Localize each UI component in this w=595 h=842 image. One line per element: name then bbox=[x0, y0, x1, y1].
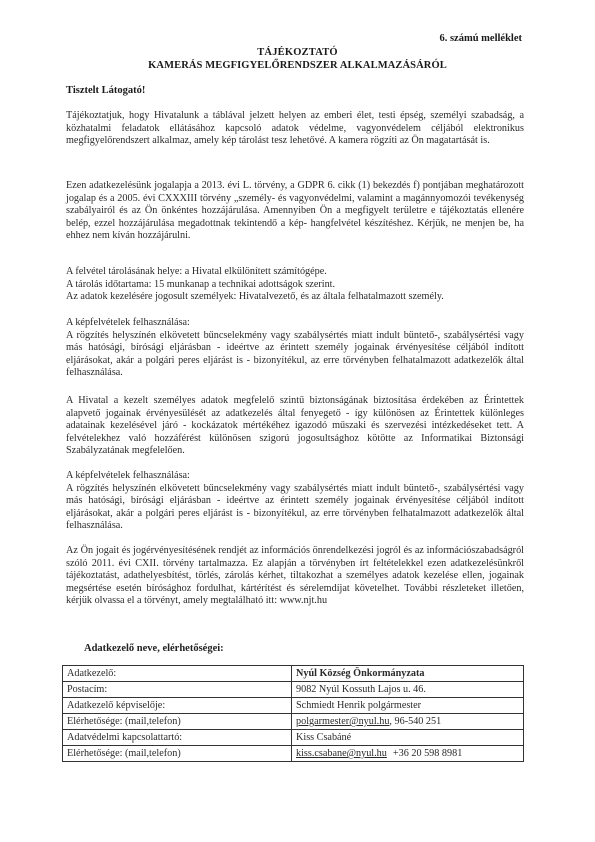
table-row: Adatvédelmi kapcsolattartó: Kiss Csabáné bbox=[63, 730, 524, 746]
document-subtitle: KAMERÁS MEGFIGYELŐRENDSZER ALKALMAZÁSÁRÓ… bbox=[0, 60, 595, 71]
row-label: Adatvédelmi kapcsolattartó: bbox=[63, 730, 292, 746]
security-text: A Hivatal a kezelt személyes adatok megf… bbox=[66, 395, 524, 458]
table-row: Elérhetősége: (mail,telefon) kiss.csaban… bbox=[63, 746, 524, 762]
table-row: Postacím: 9082 Nyúl Kossuth Lajos u. 46. bbox=[63, 682, 524, 698]
dpo-phone: +36 20 598 8981 bbox=[393, 748, 462, 759]
row-label: Postacím: bbox=[63, 682, 292, 698]
annex-label: 6. számú melléklet bbox=[439, 33, 522, 44]
legal-basis-paragraph: Ezen adatkezelésünk jogalapja a 2013. év… bbox=[66, 180, 524, 243]
storage-duration: A tárolás időtartama: 15 munkanap a tech… bbox=[66, 279, 524, 292]
usage-section-1: A képfelvételek felhasználása: A rögzíté… bbox=[66, 317, 524, 380]
contacts-table: Adatkezelő: Nyúl Község Önkormányzata Po… bbox=[62, 665, 524, 762]
row-label: Adatkezelő: bbox=[63, 666, 292, 682]
dpo-email-link[interactable]: kiss.csabane@nyul.hu bbox=[296, 748, 387, 759]
document-title: TÁJÉKOZTATÓ bbox=[0, 47, 595, 58]
usage-section-2: A képfelvételek felhasználása: A rögzíté… bbox=[66, 470, 524, 533]
intro-text: Tájékoztatjuk, hogy Hivatalunk a tábláva… bbox=[66, 110, 524, 148]
table-row: Adatkezelő képviselője: Schmiedt Henrik … bbox=[63, 698, 524, 714]
intro-paragraph: Tájékoztatjuk, hogy Hivatalunk a tábláva… bbox=[66, 110, 524, 148]
dpo-name: Kiss Csabáné bbox=[292, 730, 524, 746]
document-page: 6. számú melléklet TÁJÉKOZTATÓ KAMERÁS M… bbox=[0, 0, 595, 842]
representative-email-link[interactable]: polgarmester@nyul.hu bbox=[296, 716, 389, 727]
postal-address: 9082 Nyúl Kossuth Lajos u. 46. bbox=[292, 682, 524, 698]
representative-phone: , 96-540 251 bbox=[389, 716, 441, 727]
storage-place: A felvétel tárolásának helye: a Hivatal … bbox=[66, 266, 524, 279]
usage-text: A rögzítés helyszínén elkövetett bűncsel… bbox=[66, 330, 524, 380]
dpo-contact: kiss.csabane@nyul.hu+36 20 598 8981 bbox=[292, 746, 524, 762]
usage-text: A rögzítés helyszínén elkövetett bűncsel… bbox=[66, 483, 524, 533]
row-label: Elérhetősége: (mail,telefon) bbox=[63, 746, 292, 762]
legal-basis-text: Ezen adatkezelésünk jogalapja a 2013. év… bbox=[66, 180, 524, 243]
usage-heading: A képfelvételek felhasználása: bbox=[66, 470, 524, 483]
rights-paragraph: Az Ön jogait és jogérvényesítésének rend… bbox=[66, 545, 524, 608]
row-label: Adatkezelő képviselője: bbox=[63, 698, 292, 714]
security-paragraph: A Hivatal a kezelt személyes adatok megf… bbox=[66, 395, 524, 458]
rights-text: Az Ön jogait és jogérvényesítésének rend… bbox=[66, 545, 524, 608]
representative: Schmiedt Henrik polgármester bbox=[292, 698, 524, 714]
usage-heading: A képfelvételek felhasználása: bbox=[66, 317, 524, 330]
table-row: Adatkezelő: Nyúl Község Önkormányzata bbox=[63, 666, 524, 682]
table-row: Elérhetősége: (mail,telefon) polgarmeste… bbox=[63, 714, 524, 730]
storage-info: A felvétel tárolásának helye: a Hivatal … bbox=[66, 266, 524, 304]
representative-contact: polgarmester@nyul.hu, 96-540 251 bbox=[292, 714, 524, 730]
controller-name: Nyúl Község Önkormányzata bbox=[292, 666, 524, 682]
authorized-persons: Az adatok kezelésére jogosult személyek:… bbox=[66, 291, 524, 304]
row-label: Elérhetősége: (mail,telefon) bbox=[63, 714, 292, 730]
greeting: Tisztelt Látogató! bbox=[66, 85, 145, 96]
contacts-heading: Adatkezelő neve, elérhetőségei: bbox=[84, 643, 224, 654]
